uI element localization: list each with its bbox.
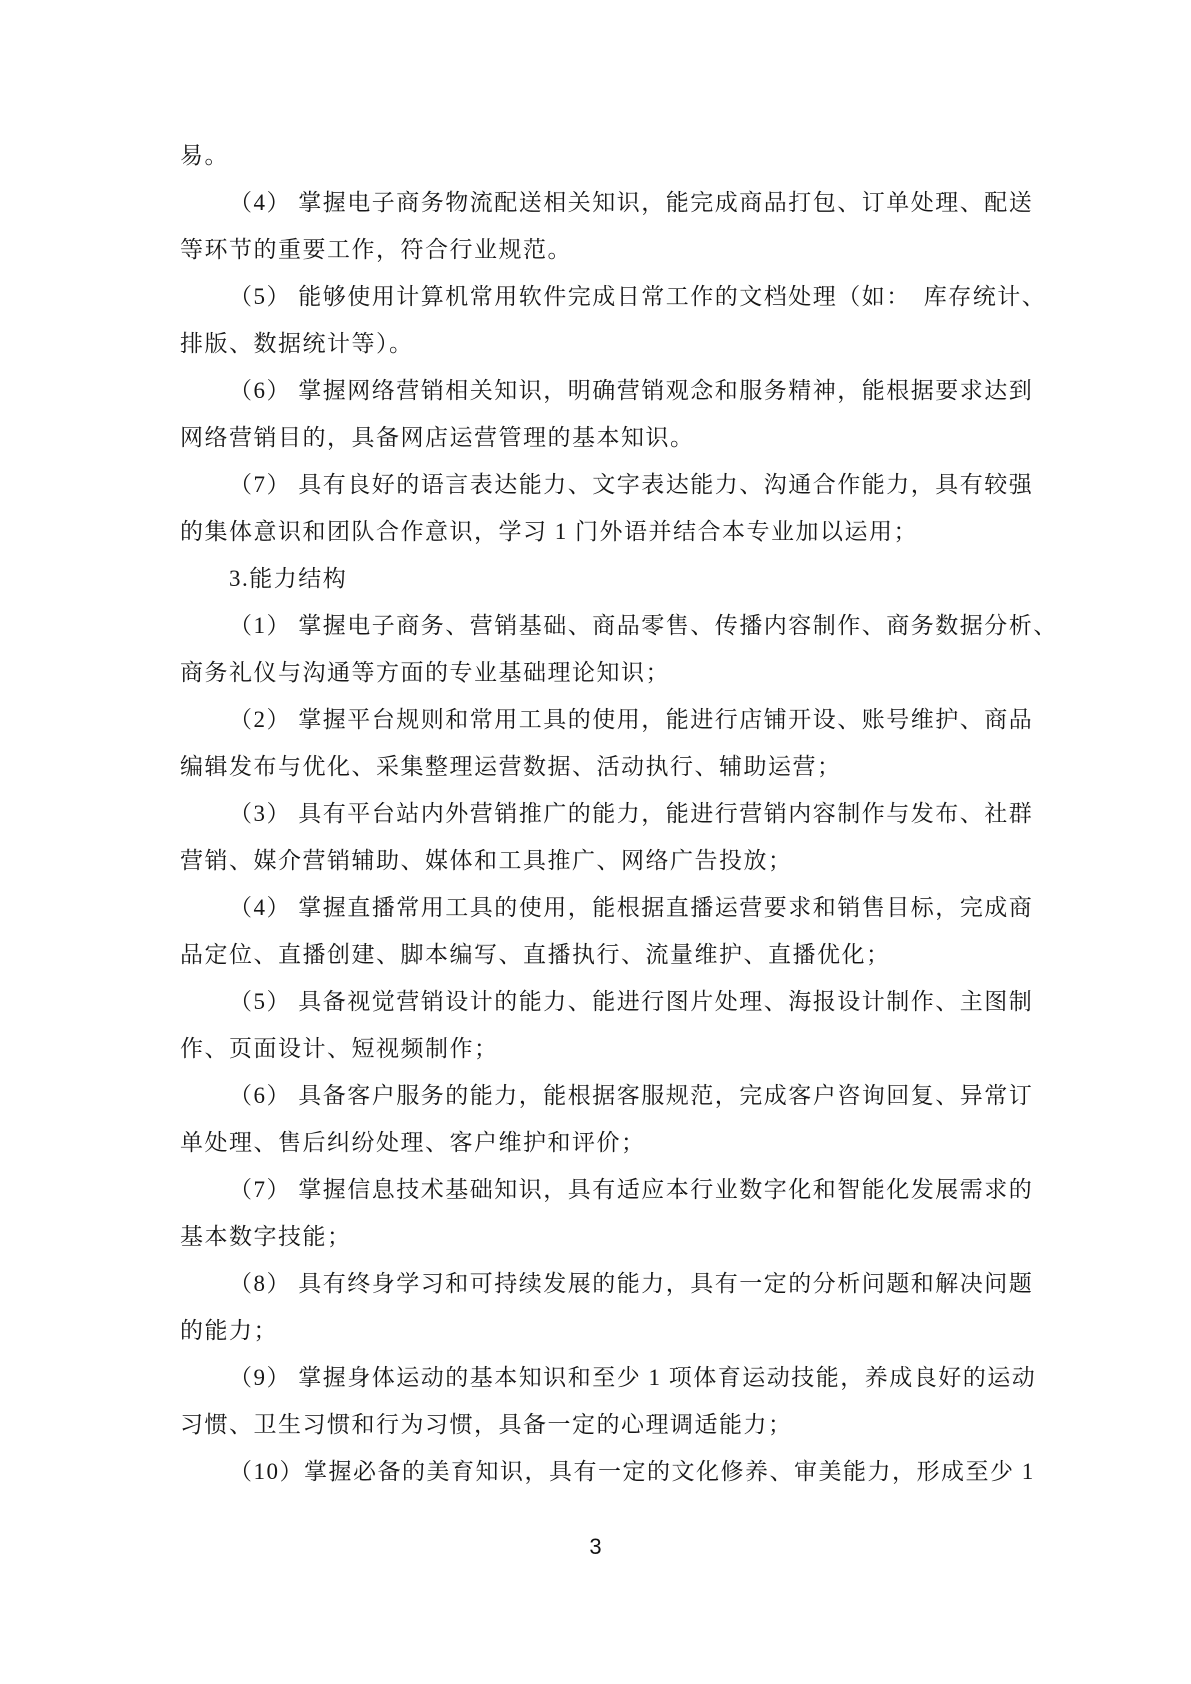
text-line: （2） 掌握平台规则和常用工具的使用，能进行店铺开设、账号维护、商品 xyxy=(180,696,1013,743)
text-line: 商务礼仪与沟通等方面的专业基础理论知识； xyxy=(180,649,1013,696)
text-line: 等环节的重要工作，符合行业规范。 xyxy=(180,226,1013,273)
document-page: 易。（4） 掌握电子商务物流配送相关知识，能完成商品打包、订单处理、配送等环节的… xyxy=(0,0,1191,1684)
page-footer: 3 xyxy=(0,1534,1191,1560)
page-number: 3 xyxy=(589,1534,601,1559)
text-line: （4） 掌握直播常用工具的使用，能根据直播运营要求和销售目标，完成商 xyxy=(180,884,1013,931)
text-line: （10）掌握必备的美育知识，具有一定的文化修养、审美能力，形成至少 1 xyxy=(180,1448,1013,1495)
text-line: （7） 掌握信息技术基础知识，具有适应本行业数字化和智能化发展需求的 xyxy=(180,1166,1013,1213)
text-line: 单处理、售后纠纷处理、客户维护和评价； xyxy=(180,1119,1013,1166)
text-line: 的集体意识和团队合作意识，学习 1 门外语并结合本专业加以运用； xyxy=(180,508,1013,555)
text-line: （5） 具备视觉营销设计的能力、能进行图片处理、海报设计制作、主图制 xyxy=(180,978,1013,1025)
text-line: 易。 xyxy=(180,132,1013,179)
text-line: （3） 具有平台站内外营销推广的能力，能进行营销内容制作与发布、社群 xyxy=(180,790,1013,837)
text-line: （8） 具有终身学习和可持续发展的能力，具有一定的分析问题和解决问题 xyxy=(180,1260,1013,1307)
text-line: 品定位、直播创建、脚本编写、直播执行、流量维护、直播优化； xyxy=(180,931,1013,978)
text-line: 编辑发布与优化、采集整理运营数据、活动执行、辅助运营； xyxy=(180,743,1013,790)
text-line: 习惯、卫生习惯和行为习惯，具备一定的心理调适能力； xyxy=(180,1401,1013,1448)
text-line: 的能力； xyxy=(180,1307,1013,1354)
text-line: （6） 具备客户服务的能力，能根据客服规范，完成客户咨询回复、异常订 xyxy=(180,1072,1013,1119)
text-line: 基本数字技能； xyxy=(180,1213,1013,1260)
text-line: （9） 掌握身体运动的基本知识和至少 1 项体育运动技能，养成良好的运动 xyxy=(180,1354,1013,1401)
text-line: 营销、媒介营销辅助、媒体和工具推广、网络广告投放； xyxy=(180,837,1013,884)
text-line: （6） 掌握网络营销相关知识，明确营销观念和服务精神，能根据要求达到 xyxy=(180,367,1013,414)
text-line: 排版、数据统计等）。 xyxy=(180,320,1013,367)
text-line: （5） 能够使用计算机常用软件完成日常工作的文档处理（如： 库存统计、 xyxy=(180,273,1013,320)
text-line: 网络营销目的，具备网店运营管理的基本知识。 xyxy=(180,414,1013,461)
document-body: 易。（4） 掌握电子商务物流配送相关知识，能完成商品打包、订单处理、配送等环节的… xyxy=(180,132,1013,1495)
text-line: （7） 具有良好的语言表达能力、文字表达能力、沟通合作能力，具有较强 xyxy=(180,461,1013,508)
text-line: 作、页面设计、短视频制作； xyxy=(180,1025,1013,1072)
text-line: （1） 掌握电子商务、营销基础、商品零售、传播内容制作、商务数据分析、 xyxy=(180,602,1013,649)
text-line: （4） 掌握电子商务物流配送相关知识，能完成商品打包、订单处理、配送 xyxy=(180,179,1013,226)
text-line: 3.能力结构 xyxy=(180,555,1013,602)
